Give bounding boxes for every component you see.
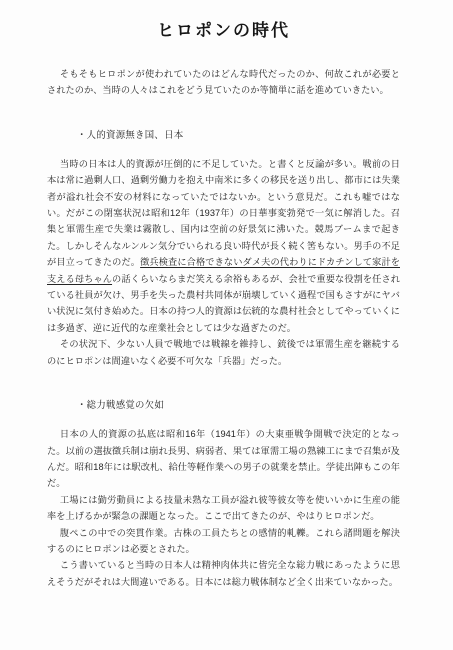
section-heading-human-resources: ・人的資源無き国、日本 [47,128,400,141]
body-paragraph: 腹ぺこの中での突貫作業。古株の工員たちとの感情的軋轢。これら諸問題を解決するのに… [47,525,400,558]
body-paragraph: 工場には勤労動員による技量未熟な工員が溢れ彼等彼女等を使いいかに生産の能率を上げ… [47,492,400,525]
paragraph-text-before-underline: 当時の日本は人的資源が圧倒的に不足していた。と書くと反論が多い。戦前の日本は常に… [47,159,400,267]
section-2-body: 日本の人的資源の払底は昭和16年（1941年）の大東亜戦争開戦で決定的となった。… [47,426,400,590]
intro-paragraph: そもそもヒロポンが使われていたのはどんな時代だったのか、何故これが必要とされたの… [47,66,400,99]
document-page: ヒロポンの時代 そもそもヒロポンが使われていたのはどんな時代だったのか、何故これ… [0,0,453,650]
body-paragraph: 当時の日本は人的資源が圧倒的に不足していた。と書くと反論が多い。戦前の日本は常に… [47,156,400,336]
page-title: ヒロポンの時代 [47,18,400,42]
body-paragraph: その状況下、少ない人員で戦地では戦線を維持し、銃後では軍需生産を継続するのにヒロ… [47,336,400,369]
body-paragraph: こう書いていると当時の日本人は精神肉体共に皆完全な総力戦にあったように思えそうだ… [47,557,400,590]
body-paragraph: 日本の人的資源の払底は昭和16年（1941年）の大東亜戦争開戦で決定的となった。… [47,426,400,492]
section-1-body: 当時の日本は人的資源が圧倒的に不足していた。と書くと反論が多い。戦前の日本は常に… [47,156,400,369]
section-heading-total-war: ・総力戦感覚の欠如 [47,398,400,411]
